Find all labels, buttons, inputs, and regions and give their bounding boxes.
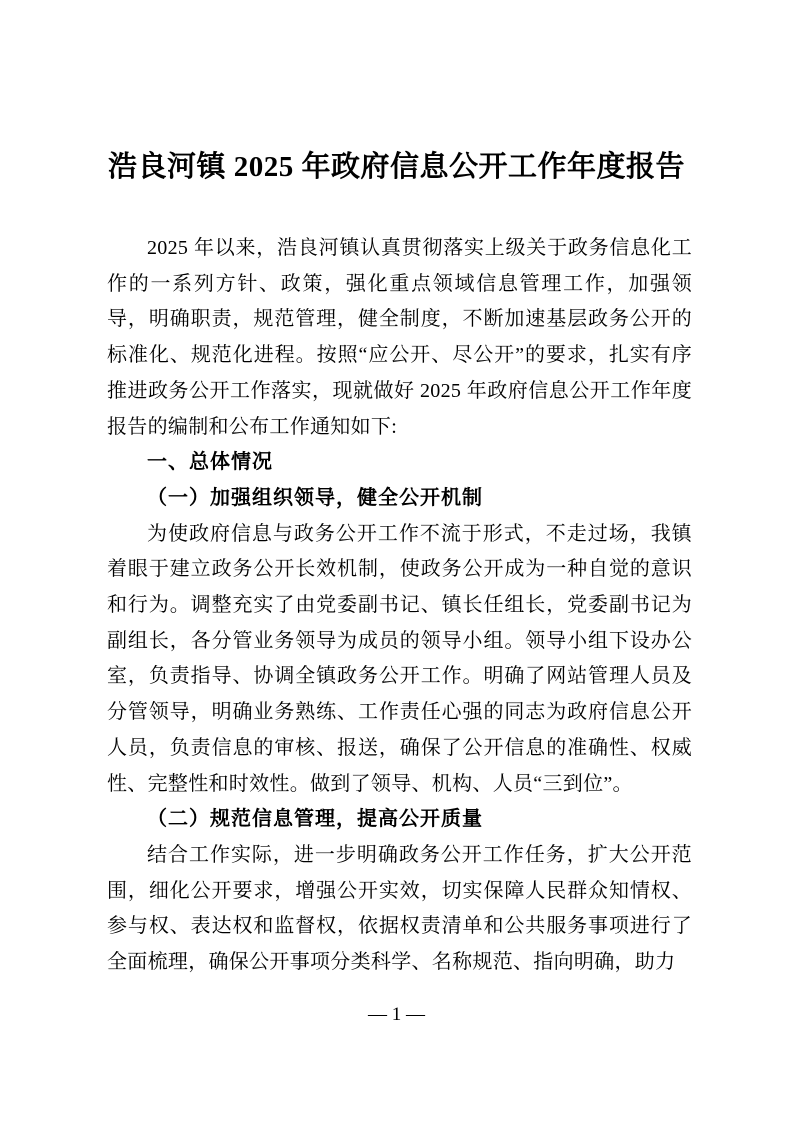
document-title: 浩良河镇 2025 年政府信息公开工作年度报告 [0, 146, 793, 188]
subsection-heading-strengthen-leadership: （一）加强组织领导，健全公开机制 [107, 481, 692, 517]
document-body: 2025 年以来，浩良河镇认真贯彻落实上级关于政务信息化工作的一系列方针、政策，… [107, 231, 692, 981]
subsection-2-paragraph: 结合工作实际，进一步明确政务公开工作任务，扩大公开范围，细化公开要求，增强公开实… [107, 838, 692, 981]
document-page: 浩良河镇 2025 年政府信息公开工作年度报告 2025 年以来，浩良河镇认真贯… [0, 0, 793, 1122]
page-number: — 1 — [0, 1000, 793, 1030]
subsection-1-paragraph: 为使政府信息与政务公开工作不流于形式，不走过场，我镇着眼于建立政务公开长效机制，… [107, 517, 692, 803]
section-heading-overall-situation: 一、总体情况 [107, 445, 692, 481]
subsection-heading-standardize-information: （二）规范信息管理，提高公开质量 [107, 802, 692, 838]
intro-paragraph: 2025 年以来，浩良河镇认真贯彻落实上级关于政务信息化工作的一系列方针、政策，… [107, 231, 692, 445]
